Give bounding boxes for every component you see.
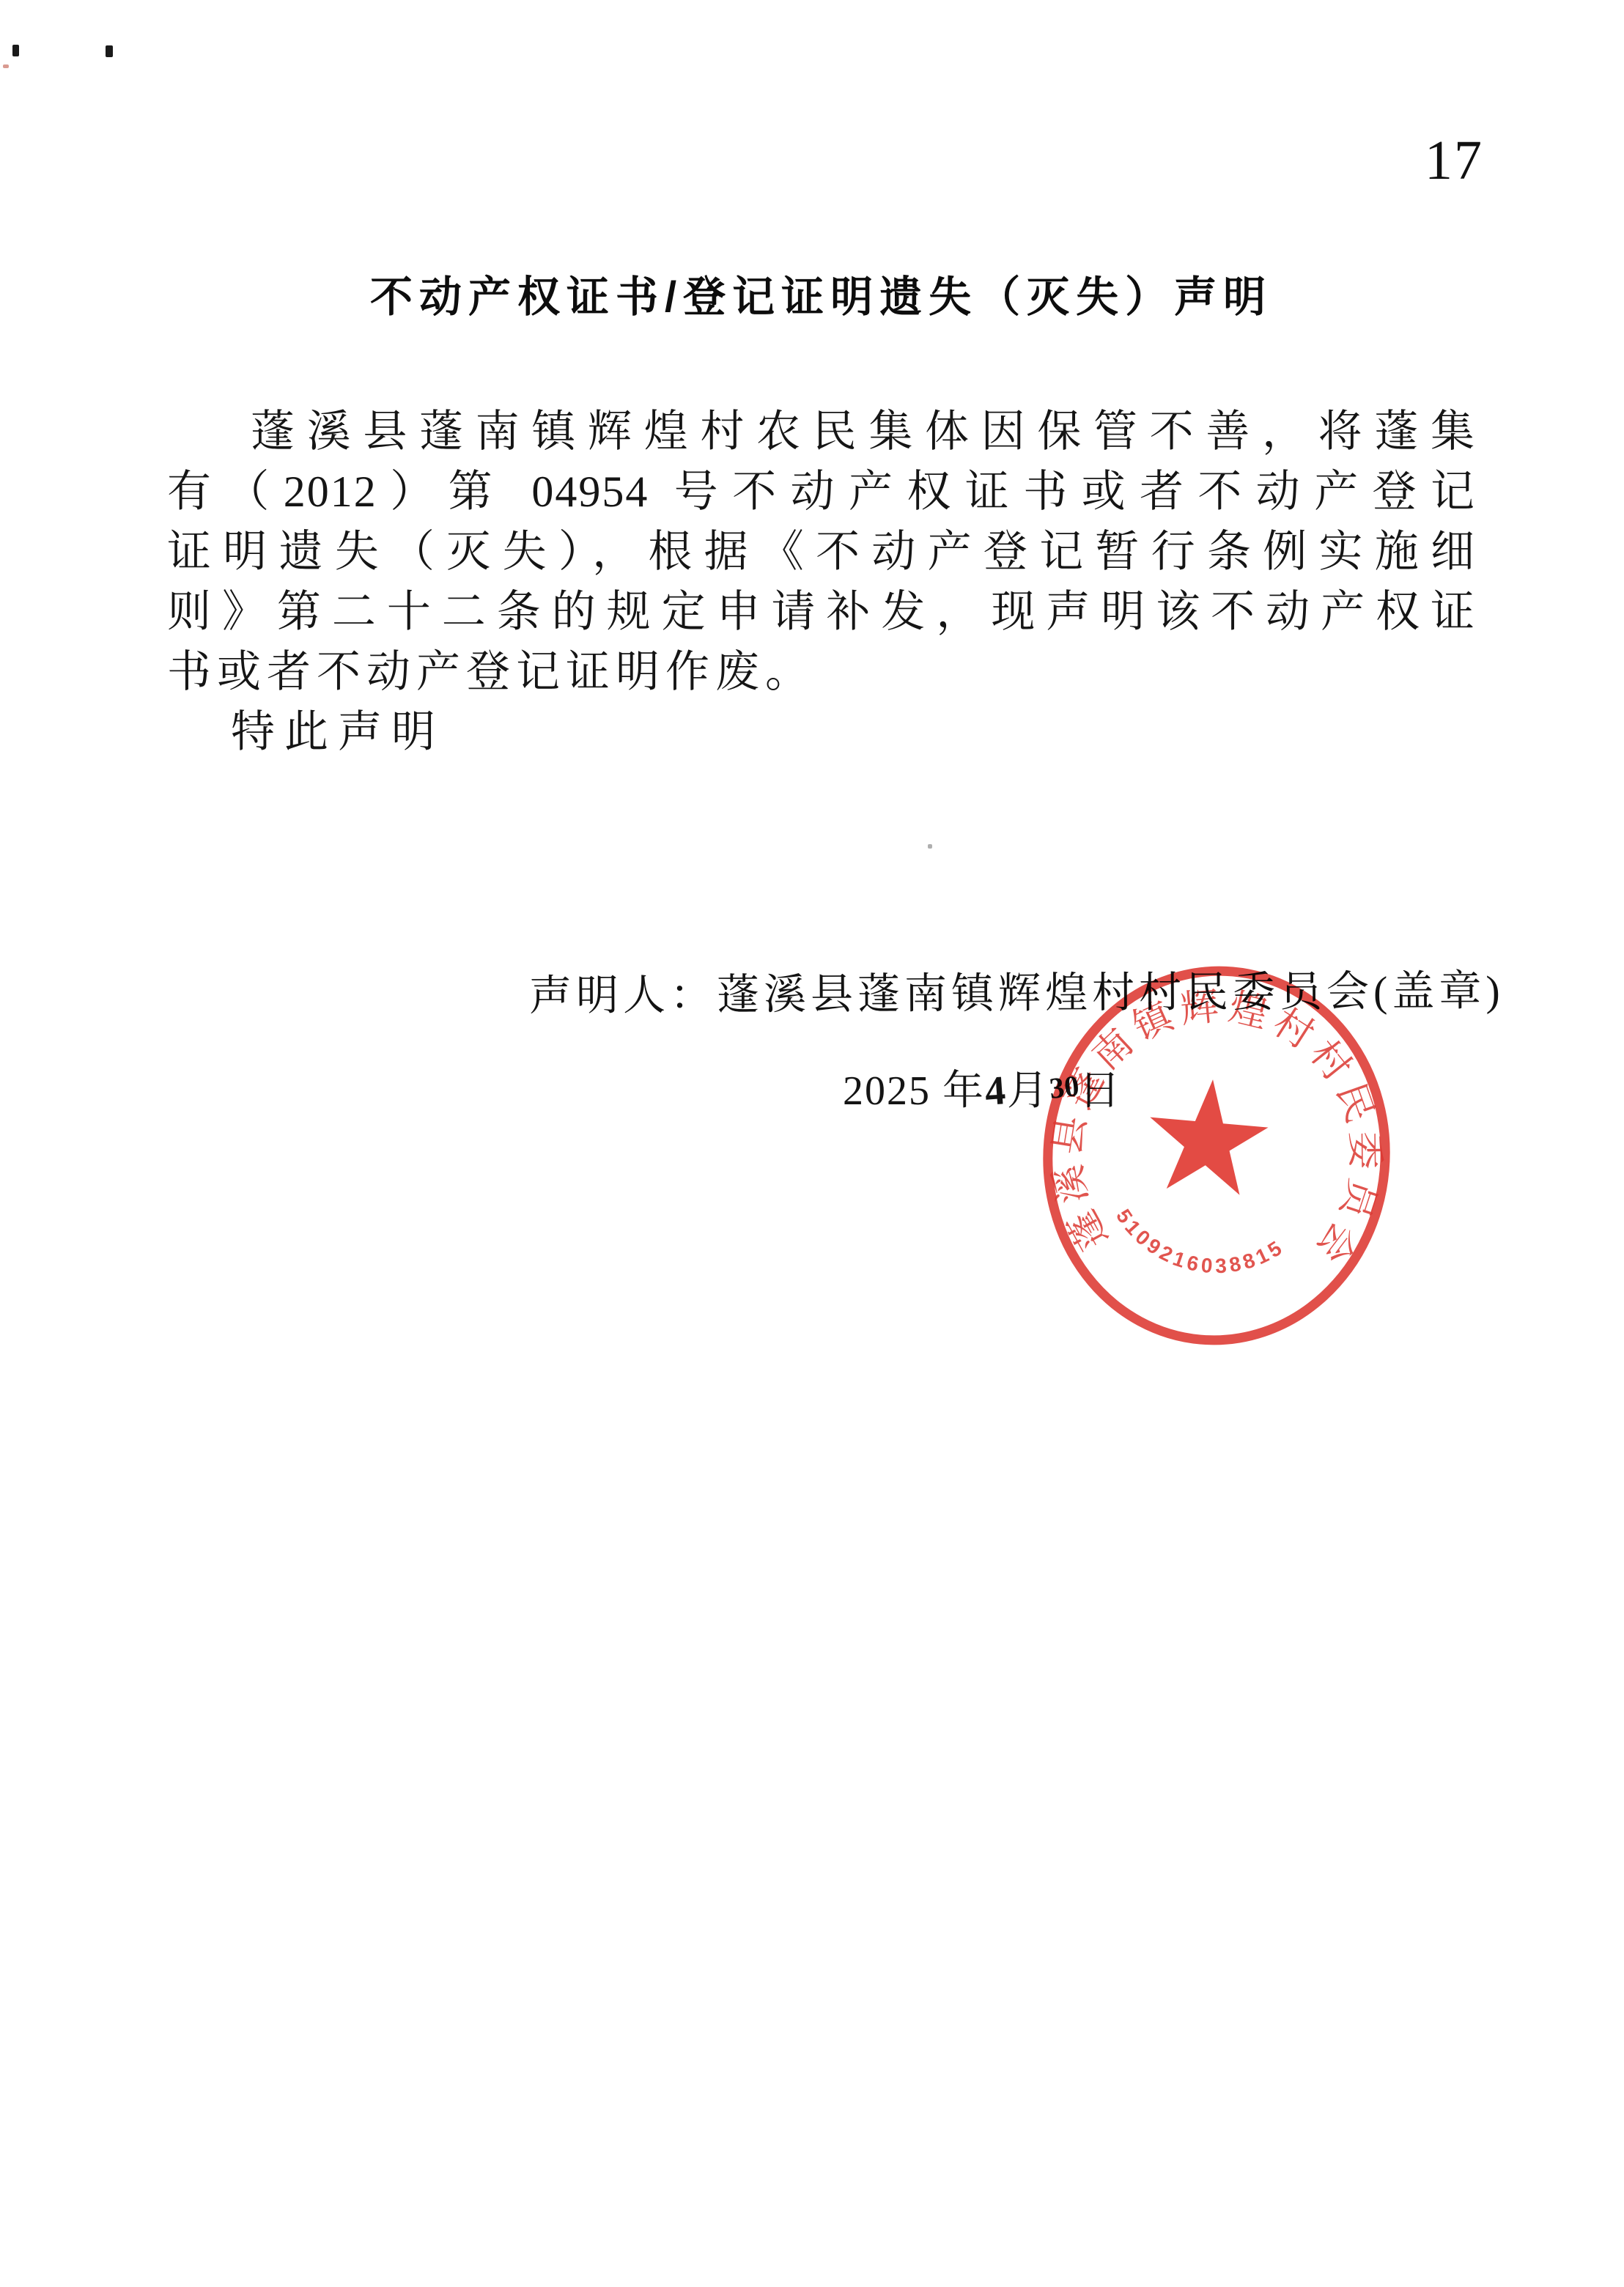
date-month-handwritten: 4 xyxy=(983,1067,1008,1115)
body-line-2: 有（2012）第 04954 号不动产权证书或者不动产登记 xyxy=(167,462,1476,522)
official-seal-stamp: 蓬溪县蓬南镇辉煌村村民委员会 5109216038815 xyxy=(1025,944,1409,1367)
body-line-1: 蓬溪县蓬南镇辉煌村农民集体因保管不善，将蓬集 xyxy=(167,402,1476,462)
body-line-3: 证明遗失（灭失），根据《不动产登记暂行条例实施细 xyxy=(167,522,1476,582)
date-year: 2025 年 xyxy=(843,1068,985,1114)
page-number: 17 xyxy=(1425,129,1483,193)
closing-statement: 特此声明 xyxy=(231,702,1476,762)
scan-artifact-speck xyxy=(12,45,19,56)
declaration-body: 蓬溪县蓬南镇辉煌村农民集体因保管不善，将蓬集 有（2012）第 04954 号不… xyxy=(167,402,1476,762)
scan-artifact-speck xyxy=(928,844,932,849)
scan-artifact-speck xyxy=(3,64,9,68)
document-title: 不动产权证书/登记证明遗失（灭失）声明 xyxy=(370,262,1313,324)
scan-artifact-speck xyxy=(106,45,113,57)
seal-star-icon xyxy=(1144,1074,1272,1197)
scanned-document-page: 17 不动产权证书/登记证明遗失（灭失）声明 蓬溪县蓬南镇辉煌村农民集体因保管不… xyxy=(0,0,1624,2287)
body-line-4: 则》第二十二条的规定申请补发，现声明该不动产权证 xyxy=(167,582,1476,642)
body-line-5: 书或者不动产登记证明作废。 xyxy=(167,642,1476,702)
seal-graphic: 蓬溪县蓬南镇辉煌村村民委员会 5109216038815 xyxy=(1025,944,1409,1367)
seal-code-arc: 5109216038815 xyxy=(1107,1203,1292,1284)
